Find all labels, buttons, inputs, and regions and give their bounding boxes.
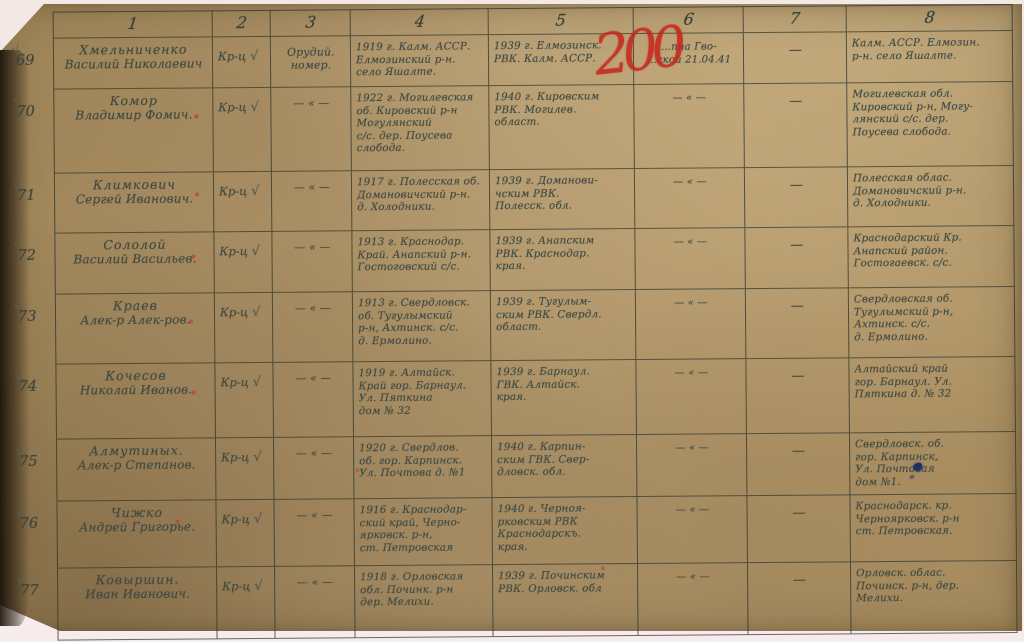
cell-note: — « — — [636, 289, 747, 360]
cell-duty: Орудий. номер. — [271, 36, 351, 88]
rank-checkmark: √ — [252, 305, 260, 320]
header-number: 5 — [555, 11, 568, 30]
margin-cell: √ 73 — [6, 295, 56, 365]
header-number: 4 — [413, 12, 426, 31]
rank-checkmark: √ — [250, 100, 258, 115]
cell-name: Ковыршин. Иван Иванович. — [57, 567, 218, 640]
margin-cell: √ 72 — [5, 234, 54, 295]
cell-draft-info: 1939 г. Барнаул. ГВК. Алтайск. края. — [491, 360, 637, 436]
cell-name: Комор Владимир Фомич. — [53, 88, 214, 173]
table-body: √ 69 Хмельниченко Василий Николаевич Кр-… — [4, 31, 1018, 641]
soldier-given-names: Василий Николаевич — [59, 56, 208, 71]
soldier-given-names: Владимир Фомич. — [59, 107, 208, 122]
cell-birth-year-place: 1919 г. Алтайск. Край гор. Барнаул. Ул. … — [353, 361, 492, 437]
soldier-given-names: Андрей Григорье. — [63, 519, 212, 534]
cell-rank: Кр-ц√ — [215, 293, 274, 363]
cell-address: Алтайский край гор. Барнаул. Ул. Пяткина… — [849, 357, 1016, 433]
rank-label: Кр-ц — [220, 375, 248, 389]
cell-duty: — « — — [273, 292, 354, 363]
rank-label: Кр-ц — [218, 49, 246, 63]
margin-cell: √ 71 — [5, 174, 54, 234]
cell-rank: Кр-ц√ — [214, 172, 272, 232]
rank-checkmark: √ — [253, 375, 261, 390]
margin-cell: √ 77 — [8, 569, 58, 641]
scanned-register-screenshot: { "meta": { "description": "Рукописный с… — [0, 0, 1024, 642]
cell-note: — « — — [635, 168, 745, 229]
cell-birth-year-place: 1913 г. Краснодар. Край. Анапский р-н. Г… — [352, 230, 490, 292]
rank-checkmark: √ — [251, 184, 259, 199]
cell-birth-year-place: 1919 г. Калм. АССР. Елмозинский р-н. сел… — [351, 35, 489, 87]
cell-note: — « — — [637, 496, 748, 564]
cell-name: Чижко Андрей Григорье. — [56, 500, 217, 568]
cell-draft-info: 1939 г. Тугулым- ским РВК. Свердл. облас… — [491, 290, 637, 361]
header-number: 7 — [789, 9, 802, 28]
rank-label: Кр-ц — [219, 244, 247, 258]
cell-address: Краснодарск. кр. Черноярковск. р-н ст. П… — [850, 494, 1017, 562]
cell-name: Кочесов Николай Иванов. — [55, 363, 216, 439]
cell-address: Калм. АССР. Елмозин. р-н. село Яшалте. — [847, 31, 1013, 83]
rank-checkmark: √ — [252, 244, 260, 259]
cell-draft-info: 1939 г. Анапским РВК. Краснодар. края. — [490, 229, 635, 291]
soldier-surname: Кочесов — [61, 366, 210, 383]
soldier-given-names: Алек-р Алек-ров. — [61, 312, 210, 327]
rank-checkmark: √ — [254, 512, 262, 527]
row-number: 73 — [18, 309, 55, 325]
rank-label: Кр-ц — [220, 305, 248, 319]
cell-duty: — « — — [272, 171, 352, 232]
cell-address: Свердловская об. Тугулымский р-н, Ахтинс… — [849, 287, 1016, 358]
cell-dash: — — [744, 83, 848, 168]
cell-dash: — — [746, 358, 850, 434]
cell-address: Полесская облас. Домановичский р-н. д. Х… — [848, 166, 1014, 227]
cell-name: Хмельниченко Василий Николаевич — [53, 37, 213, 89]
cell-dash: — — [747, 433, 850, 496]
soldier-given-names: Иван Иванович. — [63, 586, 212, 601]
cell-dash: — — [745, 167, 848, 228]
row-number: 72 — [17, 248, 54, 264]
header-col-7: 7 — [744, 5, 847, 33]
cell-duty: — « — — [274, 499, 355, 567]
margin-cell: √ 75 — [7, 440, 56, 502]
table-row: √ 73 Краев Алек-р Алек-ров. Кр-ц√ — « — … — [6, 287, 1016, 365]
header-col-4: 4 — [351, 8, 489, 36]
cell-name: Краев Алек-р Алек-ров. — [55, 293, 216, 364]
cell-address: Орловск. облас. Починск. р-н, дер. Мелих… — [851, 561, 1018, 634]
header-number: 8 — [923, 8, 936, 27]
cell-note: — « — — [637, 434, 747, 497]
cell-address: Краснодарский Кр. Анапский район. Гостог… — [848, 226, 1014, 288]
soldier-given-names: Николай Иванов. — [62, 382, 211, 397]
table-row: √ 72 Сололой Василий Васильев. Кр-ц√ — «… — [5, 226, 1014, 295]
cell-birth-year-place: 1922 г. Могилевская об. Кировский р-н Мо… — [351, 86, 490, 171]
table-row: √ 77 Ковыршин. Иван Иванович. Кр-ц√ — « … — [8, 561, 1018, 641]
row-number: 74 — [19, 379, 56, 395]
cell-dash: — — [748, 562, 852, 635]
red-page-number-stamp: 200 — [591, 14, 684, 88]
cell-duty: — « — — [273, 362, 354, 438]
cell-dash: — — [746, 288, 850, 359]
header-col-8: 8 — [847, 4, 1013, 32]
margin-cell: √ 70 — [4, 90, 54, 174]
cell-note: — « — — [636, 359, 747, 435]
cell-dash: — — [744, 32, 847, 84]
soldier-surname: Алмутиных. — [62, 441, 211, 458]
soldier-given-names: Алек-р Степанов. — [62, 457, 211, 472]
row-number: 76 — [20, 516, 57, 532]
cell-duty: — « — — [271, 87, 352, 172]
table-row: √ 71 Климкович Сергей Иванович. Кр-ц√ — … — [5, 166, 1014, 234]
cell-dash: — — [747, 495, 851, 563]
margin-cell: √ 69 — [4, 39, 53, 90]
header-col-2: 2 — [213, 10, 271, 37]
header-number: 2 — [235, 13, 248, 32]
header-number: 6 — [682, 10, 695, 29]
cell-duty: — « — — [275, 566, 356, 639]
cell-draft-info: 1939 г. Доманови- чским РВК. Полесск. об… — [490, 169, 635, 230]
cell-note: — « — — [635, 228, 745, 290]
table-row: √ 70 Комор Владимир Фомич. Кр-ц√ — « — 1… — [4, 82, 1014, 174]
rank-label: Кр-ц — [222, 512, 250, 526]
cell-note: — « — — [638, 563, 749, 636]
table-row: √ 76 Чижко Андрей Григорье. Кр-ц√ — « — … — [7, 494, 1016, 569]
cell-note: — « — — [634, 84, 745, 169]
cell-birth-year-place: 1913 г. Свердловск. об. Тугулымский р-н,… — [353, 291, 492, 362]
cell-birth-year-place: 1916 г. Краснодар- ский край, Черно- ярк… — [354, 498, 493, 566]
cell-draft-info: 1940 г. Карпин- ским ГВК. Свер- дловск. … — [492, 435, 637, 498]
row-number: 70 — [16, 104, 53, 120]
row-number: 77 — [20, 583, 57, 599]
cell-birth-year-place: 1920 г. Свердлов. об. гор. Карпинск. Ул.… — [354, 436, 492, 499]
cell-rank: Кр-ц√ — [213, 88, 272, 172]
cell-rank: Кр-ц√ — [217, 567, 276, 639]
cell-rank: Кр-ц√ — [214, 232, 272, 293]
cell-duty: — « — — [274, 437, 354, 500]
cell-name: Сололой Василий Васильев. — [54, 232, 214, 294]
soldier-given-names: Сергей Иванович. — [60, 191, 209, 206]
header-col-3: 3 — [271, 9, 351, 37]
table-row: √ 75 Алмутиных. Алек-р Степанов. Кр-ц√ —… — [7, 432, 1016, 502]
rank-checkmark: √ — [254, 579, 262, 594]
cell-duty: — « — — [272, 231, 352, 293]
row-number: 75 — [19, 454, 56, 470]
cell-birth-year-place: 1918 г. Орловская обл. Починк. р-н дер. … — [355, 565, 494, 638]
cell-draft-info: 1940 г. Черноя- рковским РВК Краснодарск… — [492, 497, 638, 565]
soldier-surname: Сололой — [60, 235, 209, 252]
cell-address: Могилевская обл. Кировский р-н, Могу- ля… — [847, 82, 1014, 167]
rank-checkmark: √ — [253, 450, 261, 465]
table-row: √ 74 Кочесов Николай Иванов. Кр-ц√ — « —… — [6, 357, 1016, 440]
rank-label: Кр-ц — [219, 184, 247, 198]
cell-rank: Кр-ц√ — [213, 37, 271, 88]
cell-draft-info: 1939 г. Починским РВК. Орловск. обл — [493, 564, 639, 637]
rank-label: Кр-ц — [218, 100, 246, 114]
cell-name: Климкович Сергей Иванович. — [54, 172, 214, 233]
header-number: 1 — [127, 14, 140, 33]
table-row: √ 69 Хмельниченко Василий Николаевич Кр-… — [4, 31, 1013, 90]
cell-rank: Кр-ц√ — [216, 438, 274, 500]
cell-rank: Кр-ц√ — [216, 500, 275, 567]
header-margin — [4, 12, 53, 39]
header-col-1: 1 — [53, 10, 213, 38]
soldier-surname: Климкович — [60, 175, 209, 192]
register-table: 1 2 3 4 5 6 7 8 √ 69 Хмельниченко Васили… — [4, 4, 1018, 641]
header-number: 3 — [304, 13, 317, 32]
soldier-given-names: Василий Васильев. — [61, 251, 210, 266]
rank-label: Кр-ц — [222, 579, 250, 593]
margin-cell: √ 76 — [7, 502, 57, 569]
rank-label: Кр-ц — [221, 450, 249, 464]
cell-dash: — — [745, 227, 848, 289]
cell-name: Алмутиных. Алек-р Степанов. — [56, 438, 216, 501]
row-number: 69 — [16, 53, 53, 69]
cell-draft-info: 1940 г. Кировским РВК. Могилев. област. — [489, 85, 635, 170]
cell-rank: Кр-ц√ — [215, 363, 274, 438]
soldier-surname: Краев — [61, 296, 210, 313]
soldier-surname: Комор — [59, 91, 208, 108]
soldier-surname: Хмельниченко — [59, 40, 208, 57]
soldier-surname: Чижко — [62, 503, 211, 520]
cell-birth-year-place: 1917 г. Полесская об. Домановичский р-н.… — [352, 170, 490, 231]
margin-cell: √ 74 — [6, 365, 56, 440]
cell-address: Свердловск. об. гор. Карпинск, Ул. Почто… — [850, 432, 1016, 495]
rank-checkmark: √ — [250, 49, 258, 64]
soldier-surname: Ковыршин. — [63, 570, 212, 587]
row-number: 71 — [17, 188, 54, 204]
page-content: 1 2 3 4 5 6 7 8 √ 69 Хмельниченко Васили… — [0, 4, 1024, 642]
